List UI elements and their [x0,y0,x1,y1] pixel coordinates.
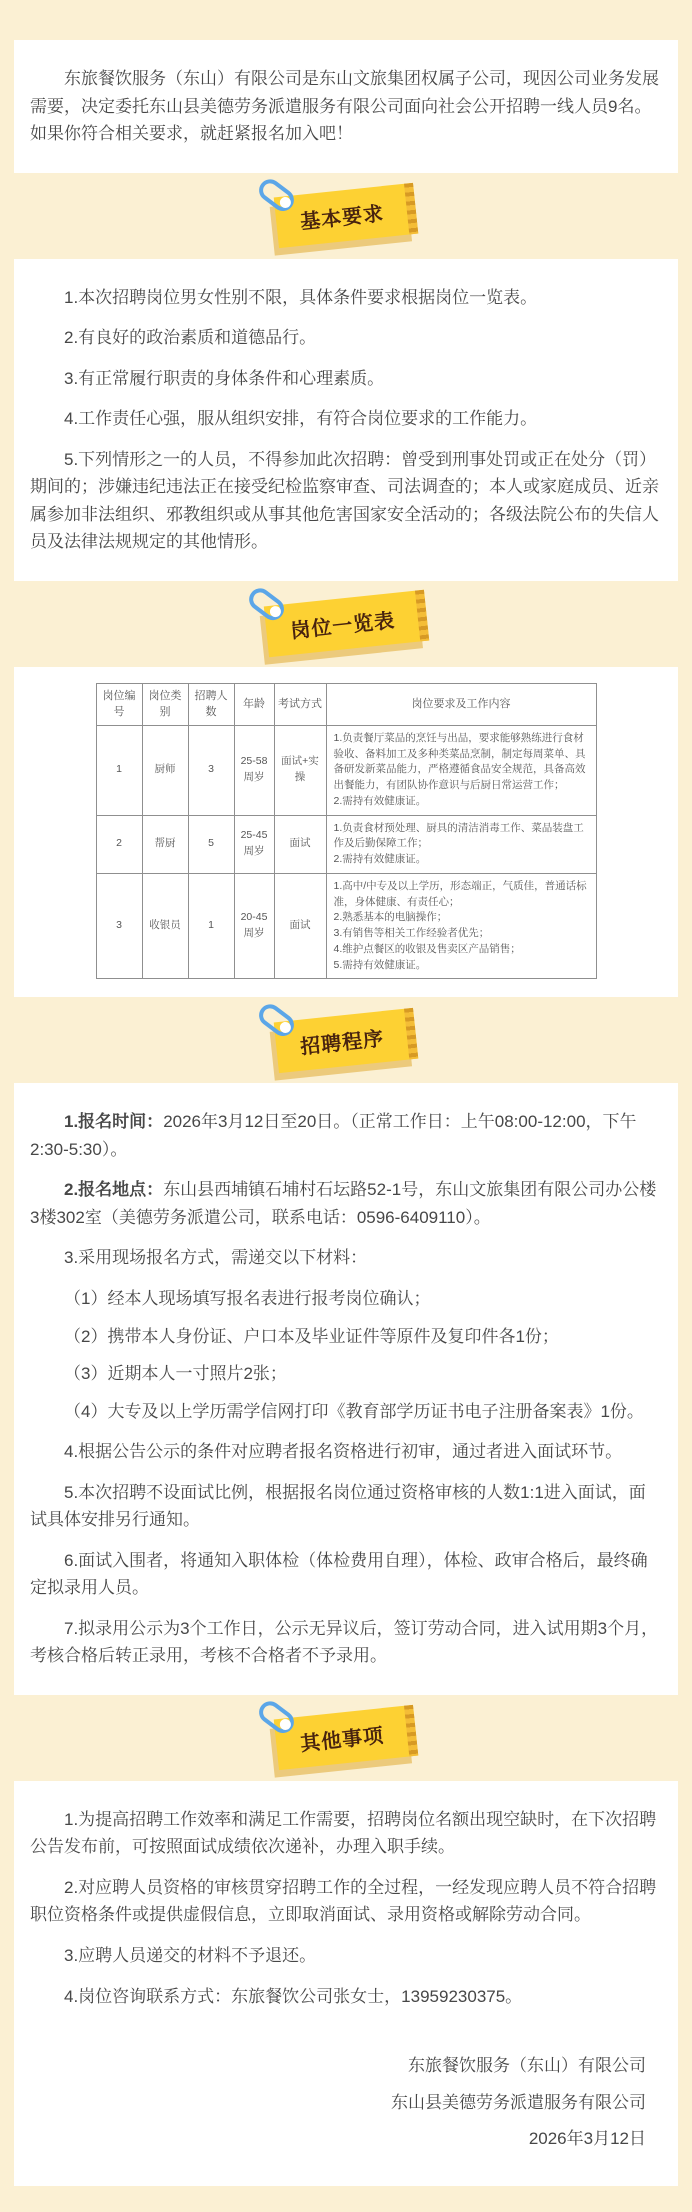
table-cell-position-no: 3 [96,873,142,979]
table-row: 1 厨师 3 25-58周岁 面试+实操 1.负责餐厅菜品的烹饪与出品，要求能够… [96,725,596,815]
requirement-item: 4.工作责任心强，服从组织安排，有符合岗位要求的工作能力。 [30,405,662,433]
table-header-cell: 岗位要求及工作内容 [326,683,596,725]
table-cell-headcount: 5 [188,815,234,873]
procedure-card: 1.报名时间：2026年3月12日至20日。（正常工作日：上午08:00-12:… [14,1083,678,1695]
table-cell-exam: 面试 [274,815,326,873]
positions-table-card: 岗位编号 岗位类别 招聘人数 年龄 考试方式 岗位要求及工作内容 1 厨师 3 … [14,667,678,998]
torn-edge-decoration [404,1008,418,1060]
section-title: 岗位一览表 [289,610,396,643]
section-header-positions: 岗位一览表 [0,581,692,667]
section-badge: 其他事项 [274,1705,419,1770]
intro-paragraph: 东旅餐饮服务（东山）有限公司是东山文旅集团权属子公司，现因公司业务发展需要，决定… [30,65,662,148]
procedure-item: 4.根据公告公示的条件对应聘者报名资格进行初审，通过者进入面试环节。 [30,1438,662,1466]
table-cell-exam: 面试 [274,873,326,979]
table-cell-headcount: 1 [188,873,234,979]
table-cell-exam: 面试+实操 [274,725,326,815]
requirement-item: 3.有正常履行职责的身体条件和心理素质。 [30,365,662,393]
signature-company-2: 东山县美德劳务派遣服务有限公司 [46,2089,646,2117]
section-title: 基本要求 [299,203,385,234]
torn-edge-decoration [404,1705,418,1757]
table-cell-requirements: 1.负责食材预处理、厨具的清洁消毒工作、菜品装盘工作及后勤保障工作； 2.需持有… [326,815,596,873]
other-item: 3.应聘人员递交的材料不予退还。 [30,1942,662,1970]
table-header-cell: 岗位编号 [96,683,142,725]
section-badge: 基本要求 [274,183,419,248]
table-header-cell: 年龄 [234,683,274,725]
procedure-item: 2.报名地点：东山县西埔镇石埔村石坛路52-1号，东山文旅集团有限公司办公楼3楼… [30,1176,662,1231]
section-title: 其他事项 [299,1725,385,1756]
signature-block: 东旅餐饮服务（东山）有限公司 东山县美德劳务派遣服务有限公司 2026年3月12… [30,2023,662,2174]
table-cell-headcount: 3 [188,725,234,815]
table-cell-age: 25-58周岁 [234,725,274,815]
table-cell-requirements: 1.负责餐厅菜品的烹饪与出品，要求能够熟练进行食材验收、备料加工及多种类菜品烹制… [326,725,596,815]
table-row: 2 帮厨 5 25-45周岁 面试 1.负责食材预处理、厨具的清洁消毒工作、菜品… [96,815,596,873]
table-cell-position-no: 1 [96,725,142,815]
table-cell-position-type: 帮厨 [142,815,188,873]
procedure-item-label: 2.报名地点： [64,1180,163,1199]
table-row: 3 收银员 1 20-45周岁 面试 1.高中/中专及以上学历，形态端正，气质佳… [96,873,596,979]
table-cell-age: 20-45周岁 [234,873,274,979]
positions-table: 岗位编号 岗位类别 招聘人数 年龄 考试方式 岗位要求及工作内容 1 厨师 3 … [96,683,597,980]
requirement-item: 5.下列情形之一的人员，不得参加此次招聘：曾受到刑事处罚或正在处分（罚）期间的；… [30,446,662,556]
table-cell-position-type: 收银员 [142,873,188,979]
basic-requirements-card: 1.本次招聘岗位男女性别不限，具体条件要求根据岗位一览表。 2.有良好的政治素质… [14,259,678,581]
section-badge: 招聘程序 [274,1008,419,1073]
other-item: 2.对应聘人员资格的审核贯穿招聘工作的全过程，一经发现应聘人员不符合招聘职位资格… [30,1874,662,1929]
other-item-contact: 4.岗位咨询联系方式：东旅餐饮公司张女士，13959230375。 [30,1983,662,2011]
section-badge: 岗位一览表 [263,590,428,658]
table-header-cell: 岗位类别 [142,683,188,725]
announcement-page: 东旅餐饮服务（东山）有限公司是东山文旅集团权属子公司，现因公司业务发展需要，决定… [0,0,692,2212]
torn-edge-decoration [404,183,418,235]
intro-card: 东旅餐饮服务（东山）有限公司是东山文旅集团权属子公司，现因公司业务发展需要，决定… [14,40,678,173]
table-cell-position-type: 厨师 [142,725,188,815]
section-header-basic: 基本要求 [0,173,692,259]
table-header-row: 岗位编号 岗位类别 招聘人数 年龄 考试方式 岗位要求及工作内容 [96,683,596,725]
material-item: （1）经本人现场填写报名表进行报考岗位确认； [30,1285,662,1313]
torn-edge-decoration [414,590,428,642]
procedure-item: 3.采用现场报名方式，需递交以下材料： [30,1244,662,1272]
requirement-item: 2.有良好的政治素质和道德品行。 [30,324,662,352]
other-matters-card: 1.为提高招聘工作效率和满足工作需要，招聘岗位名额出现空缺时，在下次招聘公告发布… [14,1781,678,2186]
section-title: 招聘程序 [299,1028,385,1059]
material-item: （4）大专及以上学历需学信网打印《教育部学历证书电子注册备案表》1份。 [30,1398,662,1426]
table-header-cell: 考试方式 [274,683,326,725]
procedure-item: 6.面试入围者，将通知入职体检（体检费用自理），体检、政审合格后，最终确定拟录用… [30,1547,662,1602]
material-item: （3）近期本人一寸照片2张； [30,1360,662,1388]
other-item: 1.为提高招聘工作效率和满足工作需要，招聘岗位名额出现空缺时，在下次招聘公告发布… [30,1806,662,1861]
procedure-item: 7.拟录用公示为3个工作日，公示无异议后，签订劳动合同，进入试用期3个月，考核合… [30,1615,662,1670]
signature-date: 2026年3月12日 [46,2125,646,2153]
paperclip-icon [244,584,288,624]
paperclip-icon [255,1000,299,1040]
procedure-item: 1.报名时间：2026年3月12日至20日。（正常工作日：上午08:00-12:… [30,1108,662,1163]
table-cell-requirements: 1.高中/中专及以上学历，形态端正，气质佳，普通话标准，身体健康、有责任心； 2… [326,873,596,979]
table-header-cell: 招聘人数 [188,683,234,725]
paperclip-icon [255,1697,299,1737]
section-header-other: 其他事项 [0,1695,692,1781]
table-cell-position-no: 2 [96,815,142,873]
section-header-procedure: 招聘程序 [0,997,692,1083]
material-item: （2）携带本人身份证、户口本及毕业证件等原件及复印件各1份； [30,1323,662,1351]
signature-company-1: 东旅餐饮服务（东山）有限公司 [46,2052,646,2080]
table-cell-age: 25-45周岁 [234,815,274,873]
procedure-item-label: 1.报名时间： [64,1112,163,1131]
paperclip-icon [255,175,299,215]
requirement-item: 1.本次招聘岗位男女性别不限，具体条件要求根据岗位一览表。 [30,284,662,312]
procedure-item: 5.本次招聘不设面试比例，根据报名岗位通过资格审核的人数1:1进入面试，面试具体… [30,1479,662,1534]
